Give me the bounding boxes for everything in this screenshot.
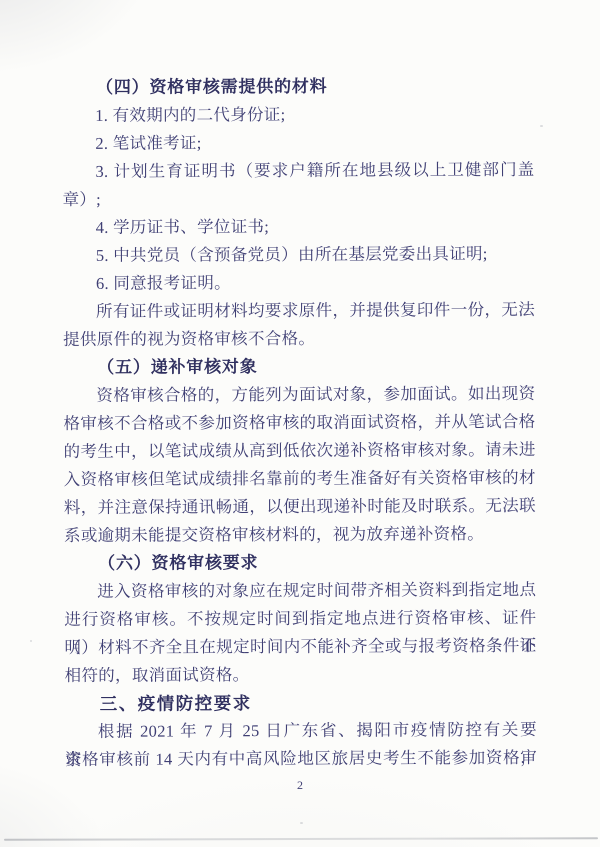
paragraph-line: 相符的，取消面试资格。 — [65, 660, 537, 690]
section-heading-5: （五）递补审核对象 — [63, 352, 535, 382]
list-item-4: 4. 学历证书、学位证书; — [63, 212, 535, 242]
section-heading-4: （四）资格审核需提供的材料 — [62, 72, 534, 102]
paragraph-line: 资格审核合格的，方能列为面试对象，参加面试。如出现资 — [63, 380, 535, 410]
paragraph-line: 系或逾期未能提交资格审核材料的，视为放弃递补资格。 — [64, 520, 536, 550]
paragraph-line: 明）材料不齐全且在规定时间内不能补齐全或与报考资格条件不 — [64, 632, 536, 662]
paragraph-line: 料，并注意保持通讯畅通，以便出现递补时能及时联系。无法联 — [64, 492, 536, 522]
page-number: 2 — [0, 778, 600, 793]
document-text-block: （四）资格审核需提供的材料 1. 有效期内的二代身份证; 2. 笔试准考证; 3… — [62, 72, 537, 774]
paragraph-line: 提供原件的视为资格审核不合格。 — [63, 324, 535, 354]
list-item-1: 1. 有效期内的二代身份证; — [62, 100, 534, 130]
paragraph-line: 的考生中，以笔试成绩从高到低依次递补资格审核对象。请未进 — [64, 436, 536, 466]
paper-speck — [300, 822, 303, 824]
paper-speck — [540, 125, 543, 127]
list-item-2: 2. 笔试准考证; — [62, 128, 534, 158]
paragraph-line: 进行资格审核。不按规定时间到指定地点进行资格审核、证件（证 — [64, 604, 536, 634]
paragraph-line: 根据 2021 年 7 月 25 日广东省、揭阳市疫情防控有关要求， — [65, 716, 537, 746]
list-item-6: 6. 同意报考证明。 — [63, 268, 535, 298]
document-page: （四）资格审核需提供的材料 1. 有效期内的二代身份证; 2. 笔试准考证; 3… — [0, 0, 600, 847]
paragraph-line: 所有证件或证明材料均要求原件，并提供复印件一份，无法 — [63, 296, 535, 326]
paper-speck — [30, 640, 32, 642]
list-item-5: 5. 中共党员（含预备党员）由所在基层党委出具证明; — [63, 240, 535, 270]
paragraph-line: 进入资格审核的对象应在规定时间带齐相关资料到指定地点 — [64, 576, 536, 606]
paragraph-line: 格审核不合格或不参加资格审核的取消面试资格，并从笔试合格 — [63, 408, 535, 438]
paragraph-line: 资格审核前 14 天内有中高风险地区旅居史考生不能参加资格审 — [65, 744, 537, 774]
paragraph-line: 入资格审核但笔试成绩排名靠前的考生准备好有关资格审核的材 — [64, 464, 536, 494]
list-item-3-cont: 章）; — [62, 184, 534, 214]
section-heading-epidemic: 三、疫情防控要求 — [65, 688, 537, 718]
scan-edge-artifact — [4, 837, 598, 841]
list-item-3: 3. 计划生育证明书（要求户籍所在地县级以上卫健部门盖 — [62, 156, 534, 186]
section-heading-6: （六）资格审核要求 — [64, 548, 536, 578]
